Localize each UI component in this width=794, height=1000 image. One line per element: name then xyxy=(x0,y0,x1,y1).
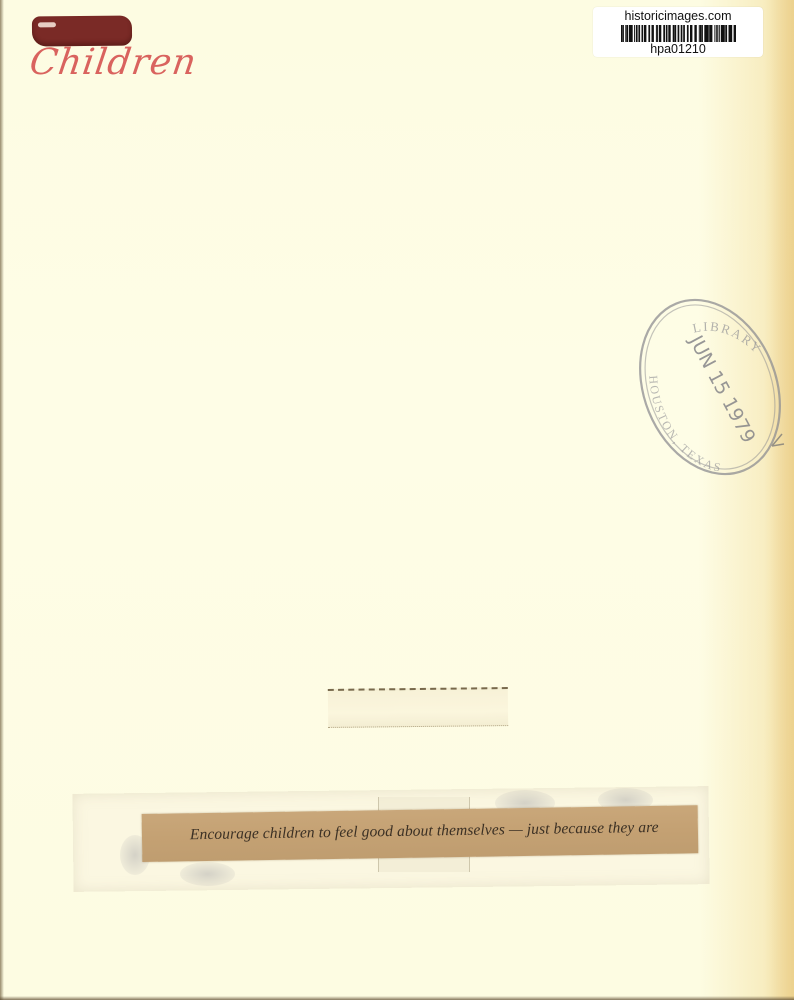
newspaper-caption-strip: Encourage children to feel good about th… xyxy=(142,805,699,862)
barcode-label: historicimages.com hpa01210 xyxy=(593,7,763,57)
caption-text: Encourage children to feel good about th… xyxy=(190,819,659,844)
paper-edge-shading xyxy=(764,0,794,1000)
barcode-item-id: hpa01210 xyxy=(593,42,763,56)
barcode-icon xyxy=(620,25,736,42)
paper-left-edge xyxy=(0,0,4,1000)
tape-fragment xyxy=(328,687,508,728)
paper-bottom-edge xyxy=(0,996,794,1000)
handwritten-category-label: Children xyxy=(27,42,199,83)
tape-smudge xyxy=(180,862,235,886)
barcode-site-text: historicimages.com xyxy=(593,9,763,23)
library-date-stamp: LIBRARY HOUSTON, TEXAS JUN 15 1979 xyxy=(636,294,786,480)
